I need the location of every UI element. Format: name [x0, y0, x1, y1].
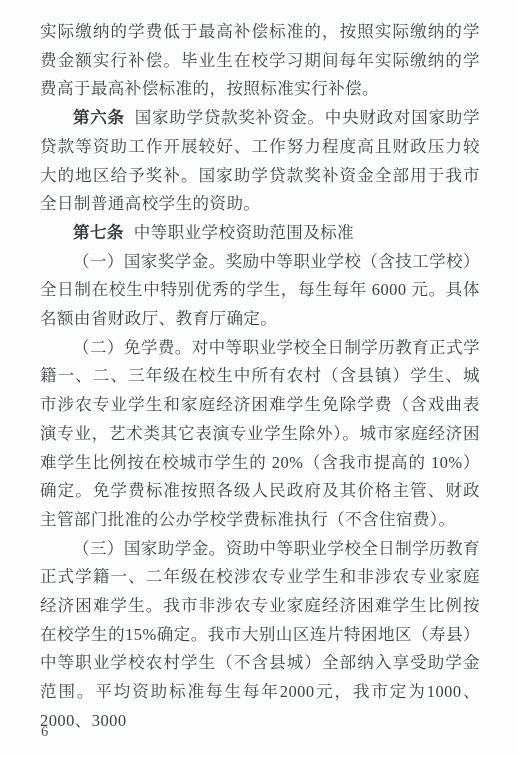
paragraph-text: （一）国家奖学金。奖励中等职业学校（含技工学校）全日制在校生中特别优秀的学生，每… [40, 252, 480, 328]
paragraph-lead: 第六条 [73, 108, 125, 127]
paragraph-article-6: 第六条国家助学贷款奖补资金。中央财政对国家助学贷款等资助工作开展较好、工作努力程… [40, 104, 480, 219]
document-body: 实际缴纳的学费低于最高补偿标准的，按照实际缴纳的学费金额实行补偿。毕业生在校学习… [40, 18, 480, 736]
paragraph-item-2: （二）免学费。对中等职业学校全日制学历教育正式学籍一、二、三年级在校生中所有农村… [40, 334, 480, 535]
paragraph-text: （三）国家助学金。资助中等职业学校全日制学历教育正式学籍一、二年级在校涉农专业学… [40, 539, 480, 730]
page-number: 6 [41, 724, 48, 741]
paragraph-text: （二）免学费。对中等职业学校全日制学历教育正式学籍一、二、三年级在校生中所有农村… [40, 338, 480, 529]
paragraph-item-1: （一）国家奖学金。奖励中等职业学校（含技工学校）全日制在校生中特别优秀的学生，每… [40, 248, 480, 334]
paragraph-text: 中等职业学校资助范围及标准 [134, 223, 354, 242]
paragraph-item-3: （三）国家助学金。资助中等职业学校全日制学历教育正式学籍一、二年级在校涉农专业学… [40, 535, 480, 736]
paragraph-text: 实际缴纳的学费低于最高补偿标准的，按照实际缴纳的学费金额实行补偿。毕业生在校学习… [40, 22, 480, 98]
document-page: 实际缴纳的学费低于最高补偿标准的，按照实际缴纳的学费金额实行补偿。毕业生在校学习… [0, 0, 518, 757]
paragraph-article-7: 第七条中等职业学校资助范围及标准 [40, 219, 480, 248]
paragraph-continuation: 实际缴纳的学费低于最高补偿标准的，按照实际缴纳的学费金额实行补偿。毕业生在校学习… [40, 18, 480, 104]
paragraph-lead: 第七条 [73, 223, 124, 242]
